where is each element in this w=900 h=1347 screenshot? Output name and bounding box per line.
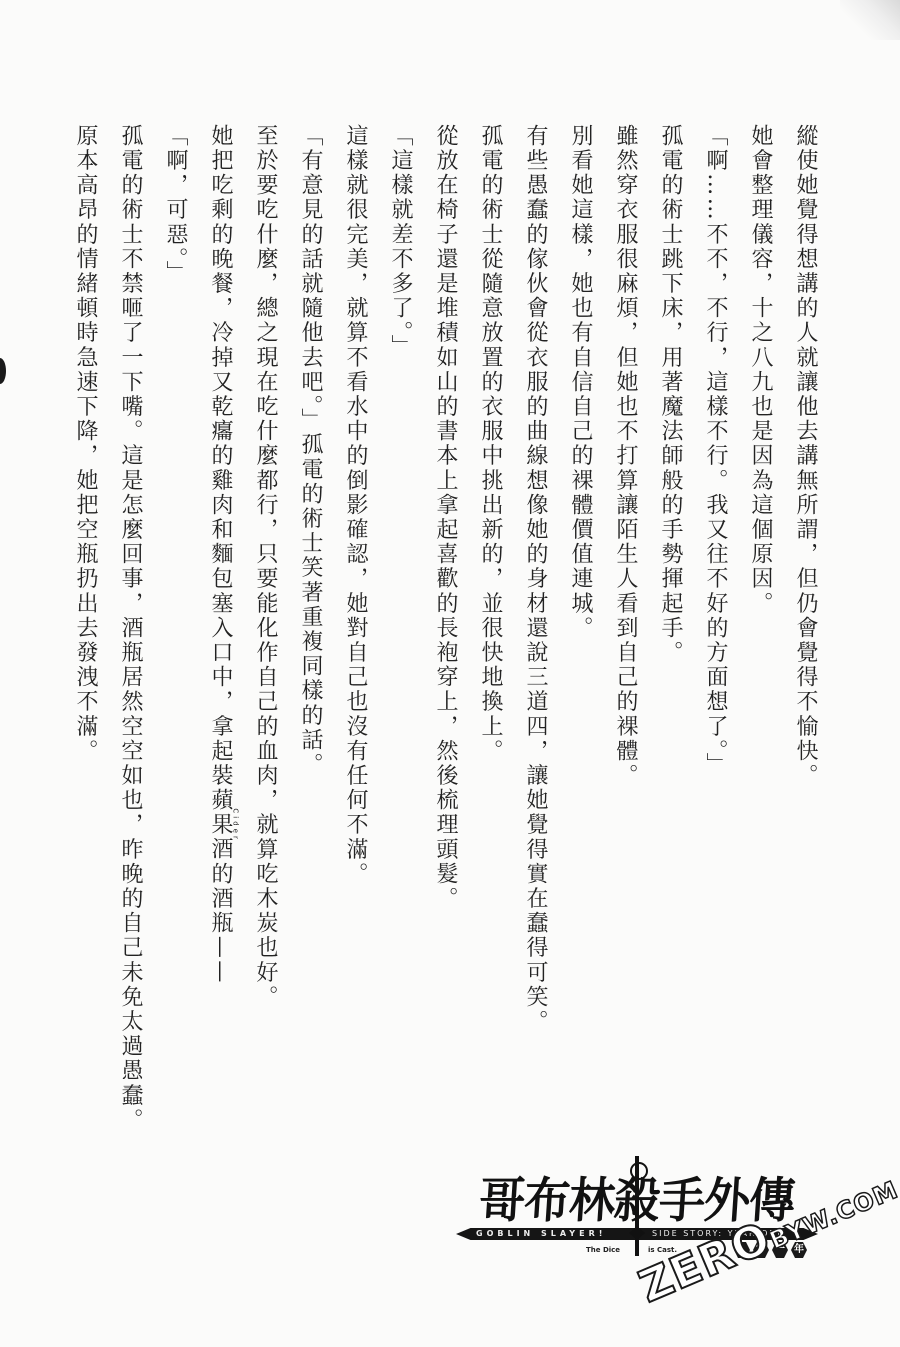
sword-icon [635,1156,639,1256]
text-column: 「有意見的話就隨他去吧。」孤電的術士笑著重複同樣的話。 [288,124,333,1174]
text-column: 別看她這樣，她也有自信自己的裸體價值連城。 [558,124,603,1174]
text-column: 至於要吃什麼，總之現在吃什麼都行，只要能化作自己的血肉，就算吃木炭也好。 [243,124,288,1174]
text-segment: 的酒瓶—— [208,862,233,985]
banner-left-text: GOBLIN SLAYER! [476,1228,606,1240]
text-column: 縱使她覺得想講的人就讓他去講無所謂，但仍會覺得不愉快。 [783,124,828,1174]
text-column: 「這樣就差不多了。」 [378,124,423,1174]
text-column: 這樣就很完美，就算不看水中的倒影確認，她對自己也沒有任何不滿。 [333,124,378,1174]
page-corner-shadow [840,0,900,40]
text-column: 孤電的術士跳下床，用著魔法師般的手勢揮起手。 [648,124,693,1174]
vertical-text-body: 縱使她覺得想講的人就讓他去講無所謂，但仍會覺得不愉快。 她會整理儀容，十之八九也… [63,124,828,1174]
tagline-left: The Dice [586,1246,620,1254]
text-column-with-ruby: 她把吃剩的晚餐，冷掉又乾癟的雞肉和麵包塞入口中，拿起裝蘋果酒Cider的酒瓶—— [198,124,243,1174]
text-column: 「啊……不不，不行，這樣不行。我又往不好的方面想了。」 [693,124,738,1174]
binding-edge-mark [0,358,6,384]
text-column: 孤電的術士從隨意放置的衣服中挑出新的，並很快地換上。 [468,124,513,1174]
ruby-annotation: 蘋果酒Cider [208,788,233,862]
ruby-text: Cider [232,788,240,862]
text-column: 原本高昂的情緒頓時急速下降，她把空瓶扔出去發洩不滿。 [63,124,108,1174]
text-column: 她會整理儀容，十之八九也是因為這個原因。 [738,124,783,1174]
text-column: 「啊，可惡。」 [153,124,198,1174]
text-column: 孤電的術士不禁咂了一下嘴。這是怎麼回事，酒瓶居然空空如也，昨晚的自己未免太過愚蠢… [108,124,153,1174]
text-column: 從放在椅子還是堆積如山的書本上拿起喜歡的長袍穿上，然後梳理頭髮。 [423,124,468,1174]
text-column: 雖然穿衣服很麻煩，但她也不打算讓陌生人看到自己的裸體。 [603,124,648,1174]
text-column: 有些愚蠢的傢伙會從衣服的曲線想像她的身材還說三道四，讓她覺得實在蠢得可笑。 [513,124,558,1174]
ruby-base: 蘋果酒 [208,788,233,862]
text-segment: 她把吃剩的晚餐，冷掉又乾癟的雞肉和麵包塞入口中，拿起裝 [208,124,233,788]
